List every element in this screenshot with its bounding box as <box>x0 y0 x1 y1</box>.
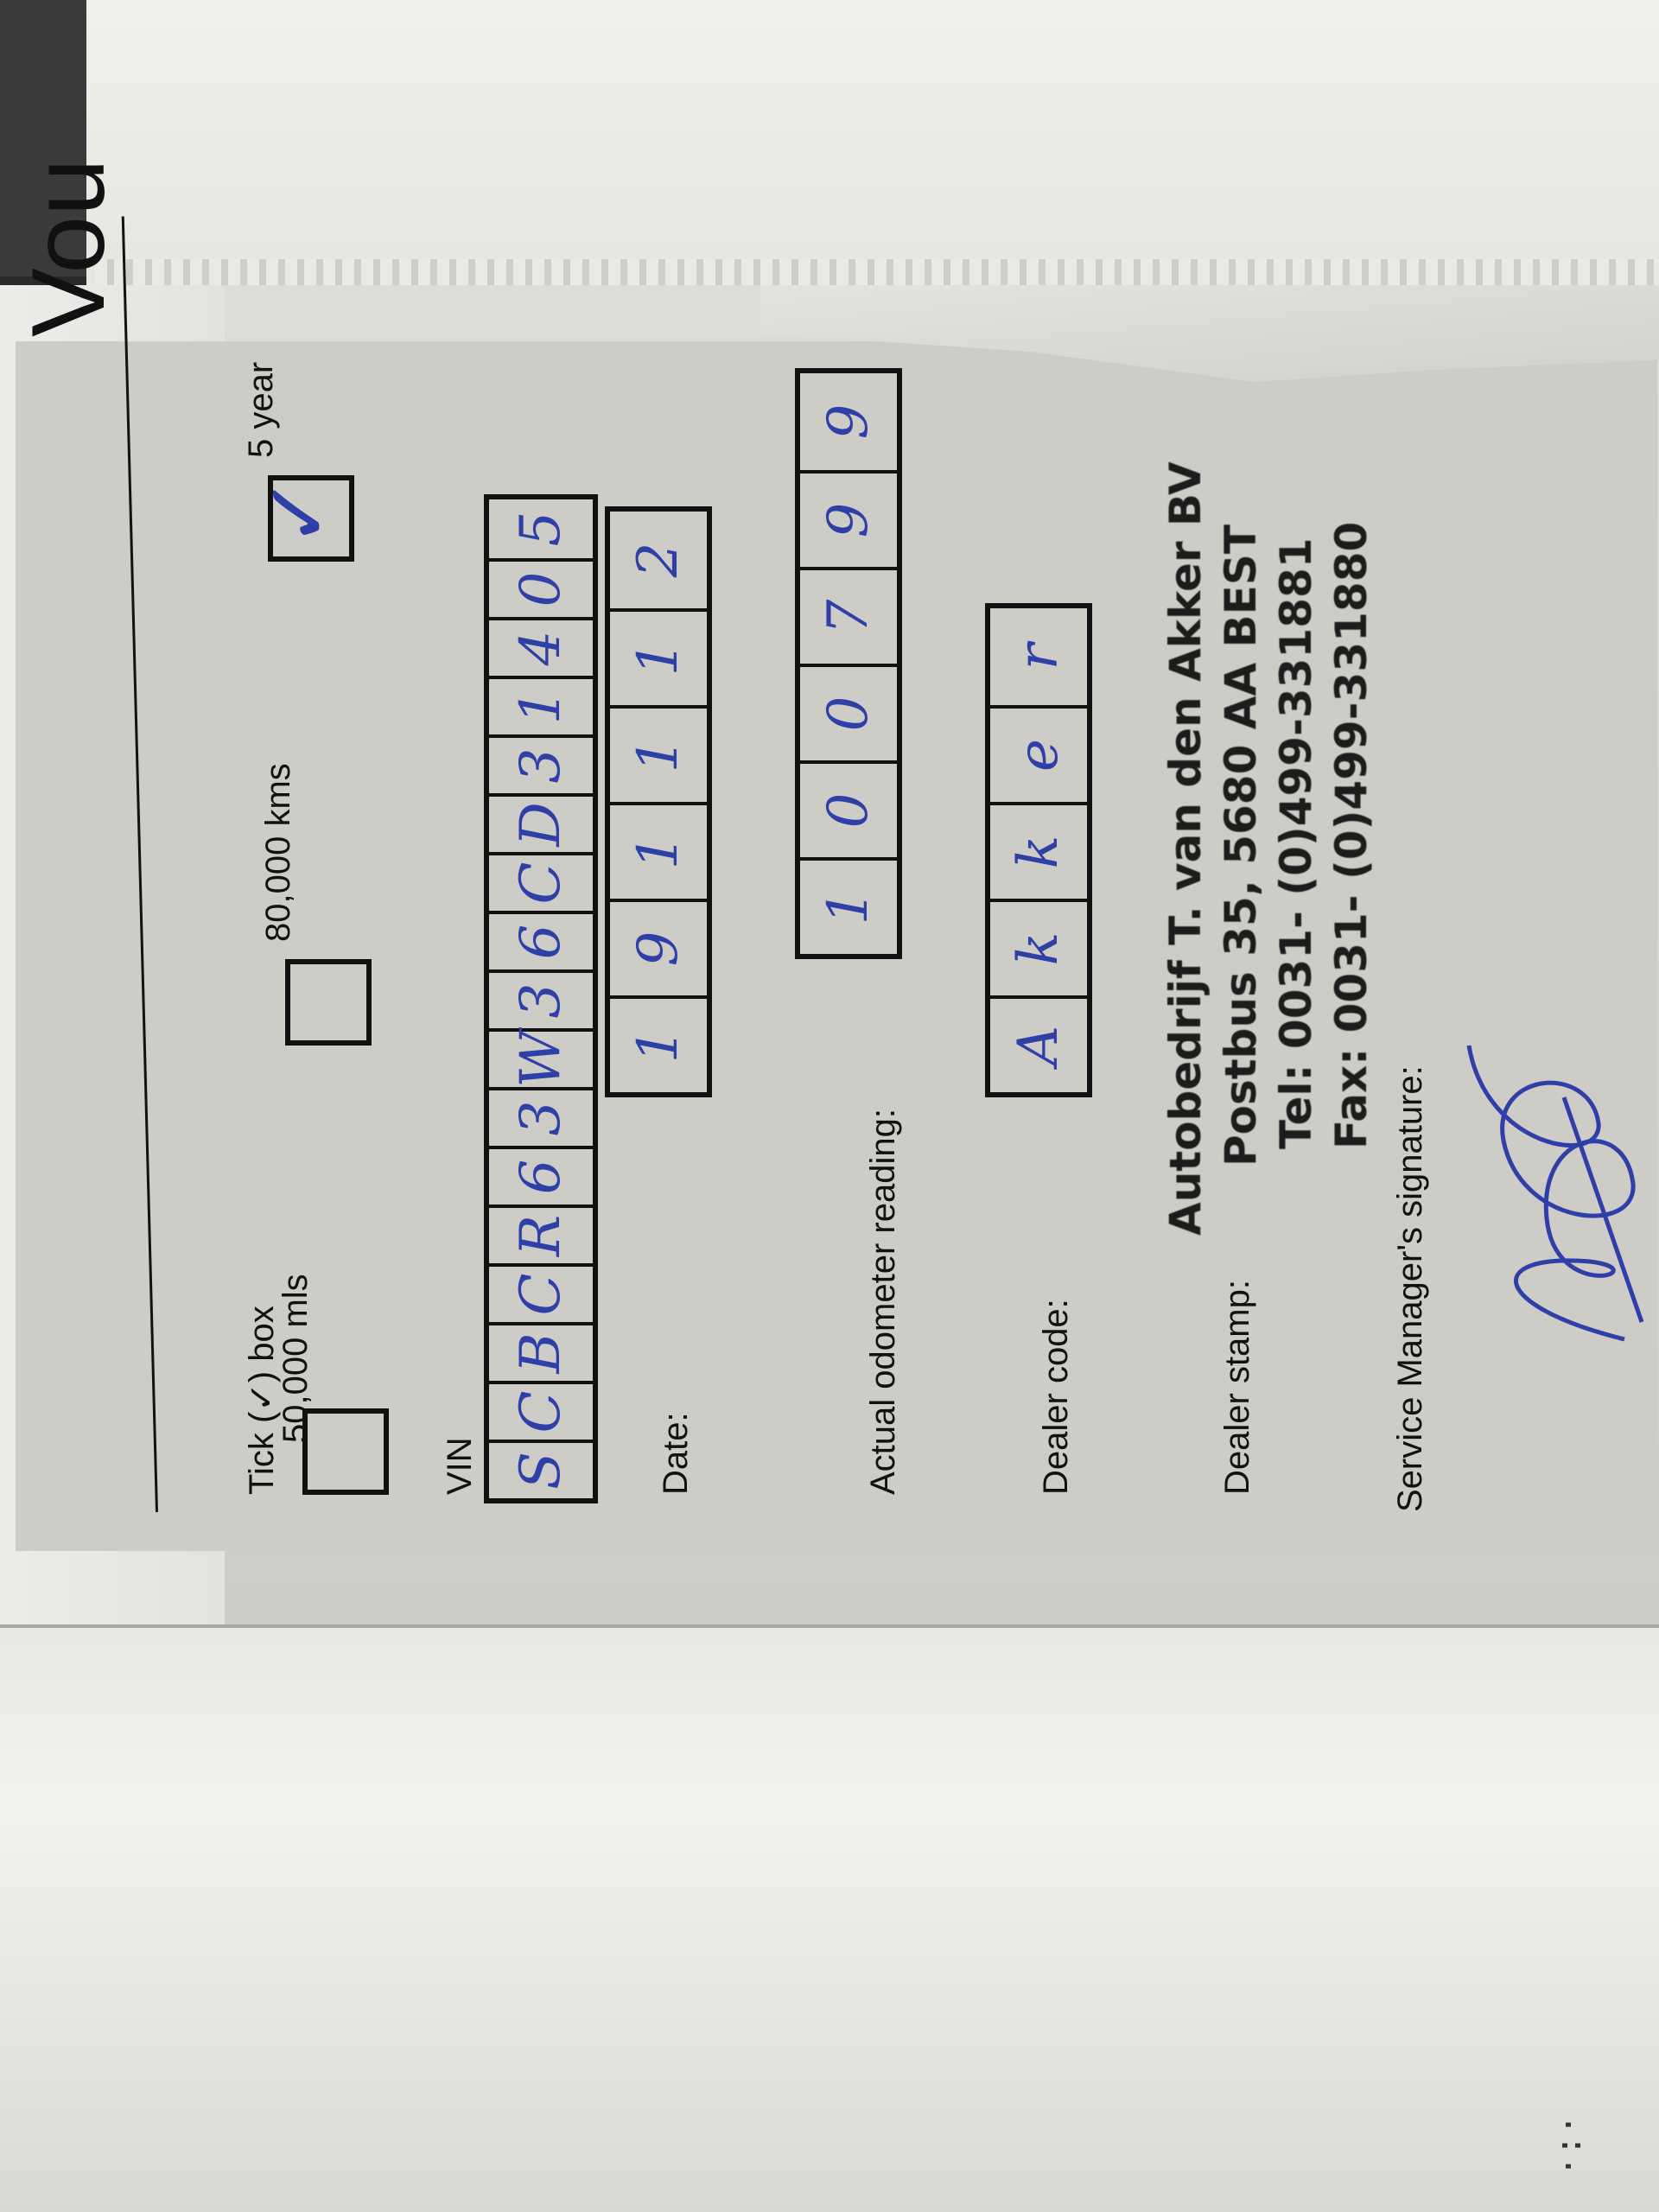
odometer-char-box[interactable]: 0 <box>800 664 897 760</box>
date-label: Date: <box>657 1412 696 1495</box>
stamp-line-fax: Fax: 0031- (0)499-331880 <box>1324 461 1379 1236</box>
vin-char-box[interactable]: 1 <box>489 676 593 734</box>
date-char-box[interactable]: 2 <box>610 512 707 608</box>
date-char-box[interactable]: 1 <box>610 705 707 802</box>
dealer-stamp-label: Dealer stamp: <box>1218 1280 1257 1495</box>
odometer-char-box[interactable]: 0 <box>800 760 897 857</box>
date-char-box[interactable]: 1 <box>610 995 707 1092</box>
odometer-label: Actual odometer reading: <box>864 1109 903 1495</box>
vin-char-box[interactable]: S <box>489 1440 593 1498</box>
stamp-line-company: Autobedrijf T. van den Akker BV <box>1158 461 1213 1236</box>
dealer-code-char-box[interactable]: r <box>990 608 1087 705</box>
voucher-heading: Vou <box>9 158 128 337</box>
dealer-code-char-box[interactable]: k <box>990 802 1087 899</box>
odometer-char-box[interactable]: 7 <box>800 567 897 664</box>
dealer-code-char-box[interactable]: k <box>990 899 1087 995</box>
vin-char-box[interactable]: 6 <box>489 1146 593 1205</box>
date-char-box[interactable]: 1 <box>610 608 707 705</box>
vin-field[interactable]: SCBCR63W36CD31405 <box>484 494 598 1503</box>
vin-char-box[interactable]: 4 <box>489 617 593 676</box>
vin-char-box[interactable]: 6 <box>489 911 593 969</box>
option-label-80000-kms: 80,000 kms <box>259 763 298 942</box>
facing-page-print: ·:· <box>1549 2114 1589 2177</box>
vin-char-box[interactable]: C <box>489 1263 593 1322</box>
vin-char-box[interactable]: R <box>489 1205 593 1263</box>
odometer-char-box[interactable]: 1 <box>800 857 897 954</box>
dealer-code-char-box[interactable]: A <box>990 995 1087 1092</box>
signature-label: Service Manager's signature: <box>1391 1065 1430 1512</box>
vin-char-box[interactable]: 3 <box>489 969 593 1028</box>
vin-char-box[interactable]: D <box>489 793 593 852</box>
vin-char-box[interactable]: W <box>489 1028 593 1087</box>
vin-char-box[interactable]: 3 <box>489 1087 593 1146</box>
signature-scribble <box>1452 1028 1659 1357</box>
checkbox-80000-kms[interactable] <box>285 959 372 1046</box>
checkbox-50000-mls[interactable] <box>302 1408 389 1495</box>
tick-icon: ✓ <box>247 475 348 548</box>
dealer-code-field[interactable]: Akker <box>985 603 1092 1097</box>
facing-page <box>0 1624 1659 2212</box>
vin-char-box[interactable]: C <box>489 1381 593 1440</box>
option-label-50000-mls: 50,000 mls <box>276 1274 315 1443</box>
date-char-box[interactable]: 9 <box>610 899 707 995</box>
date-char-box[interactable]: 1 <box>610 802 707 899</box>
dealer-stamp: Autobedrijf T. van den Akker BV Postbus … <box>1158 461 1379 1236</box>
date-field[interactable]: 191112 <box>605 506 712 1097</box>
odometer-char-box[interactable]: 9 <box>800 470 897 567</box>
vin-char-box[interactable]: C <box>489 852 593 911</box>
vin-label: VIN <box>441 1437 480 1495</box>
vin-char-box[interactable]: 5 <box>489 499 593 558</box>
odometer-field[interactable]: 100799 <box>795 368 902 959</box>
service-voucher-form: Vou Tick (✓) box 50,000 mls 80,000 kms ✓… <box>207 199 1633 1547</box>
checkbox-5-year[interactable]: ✓ <box>268 475 354 562</box>
dealer-code-label: Dealer code: <box>1037 1299 1076 1495</box>
vin-char-box[interactable]: 0 <box>489 558 593 617</box>
dealer-code-char-box[interactable]: e <box>990 705 1087 802</box>
vin-char-box[interactable]: B <box>489 1322 593 1381</box>
option-label-5-year: 5 year <box>242 362 281 458</box>
stamp-line-tel: Tel: 0031- (0)499-331881 <box>1268 461 1324 1236</box>
odometer-char-box[interactable]: 9 <box>800 373 897 470</box>
vin-char-box[interactable]: 3 <box>489 734 593 793</box>
stamp-line-address: Postbus 35, 5680 AA BEST <box>1213 461 1268 1236</box>
